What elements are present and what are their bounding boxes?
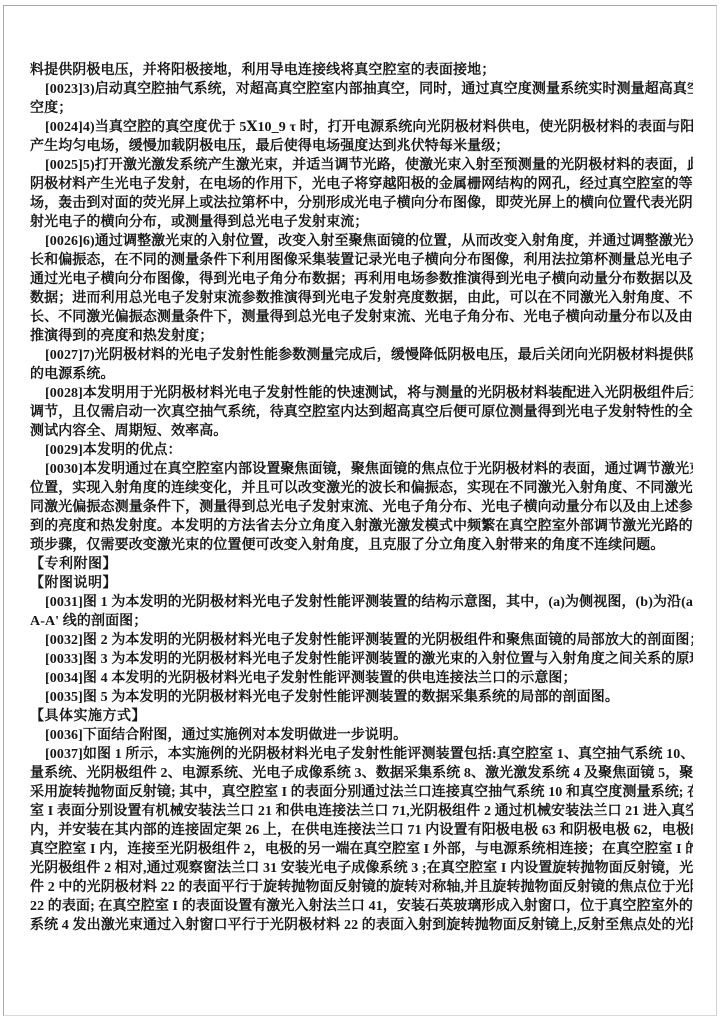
text-line: 数据；进而利用总光电子发射束流参数推演得到光电子发射亮度数据，由此，可以在不同激… — [30, 289, 693, 308]
text-line: 到的亮度和热发射度。本发明的方法省去分立角度入射激光激发模式中频繁在真空腔室外部… — [30, 517, 693, 536]
text-line: 采用旋转抛物面反射镜; 其中，真空腔室 I 的表面分别通过法兰口连接真空抽气系统… — [30, 783, 693, 802]
text-line: 的电源系统。 — [30, 365, 693, 384]
patent-page: 料提供阴极电压，并将阳极接地，利用导电连接线将真空腔室的表面接地；[0023]3… — [0, 0, 720, 1018]
text-line: 量系统、光阴极组件 2、电源系统、光电子成像系统 3、数据采集系统 8、激光激发… — [30, 764, 693, 783]
text-line: [0027]7)光阴极材料的光电子发射性能参数测量完成后，缓慢降低阴极电压，最后… — [30, 346, 693, 365]
text-line: 通过光电子横向分布图像，得到光电子角分布数据；再利用电场参数推演得到光电子横向动… — [30, 270, 693, 289]
text-line: 光阴极组件 2 相对,通过观察窗法兰口 31 安装光电子成像系统 3 ;在真空腔… — [30, 859, 693, 878]
text-line: [0025]5)打开激光激发系统产生激光束，并适当调节光路，使激光束入射至预测量… — [30, 156, 693, 175]
text-line: A-A' 线的剖面图； — [30, 612, 693, 631]
text-line: [0028]本发明用于光阴极材料光电子发射性能的快速测试，将与测量的光阴极材料装… — [30, 384, 693, 403]
text-line: 场，轰击到对面的荧光屏上或法拉第杯中，分别形成光电子横向分布图像，即荧光屏上的横… — [30, 194, 693, 213]
text-line: 内，并安装在其内部的连接固定架 26 上，在供电连接法兰口 71 内设置有阳极电… — [30, 821, 693, 840]
section-heading: 【附图说明】 — [30, 574, 693, 593]
section-heading: 【具体实施方式】 — [30, 707, 693, 726]
text-line: 产生均匀电场，缓慢加载阴极电压，最后使得电场强度达到兆伏特每米量级； — [30, 137, 693, 156]
text-line: 长和偏振态，在不同的测量条件下利用图像采集装置记录光电子横向分布图像，利用法拉第… — [30, 251, 693, 270]
text-line: 长、不同激光偏振态测量条件下，测量得到总光电子发射束流、光电子角分布、光电子横向… — [30, 308, 693, 327]
text-line: [0031]图 1 为本发明的光阴极材料光电子发射性能评测装置的结构示意图，其中… — [30, 593, 693, 612]
text-line: [0029]本发明的优点： — [30, 441, 693, 460]
section-heading: 【专利附图】 — [30, 555, 693, 574]
text-line: 琐步骤，仅需要改变激光束的位置便可改变入射角度，且克服了分立角度入射带来的角度不… — [30, 536, 693, 555]
text-line: [0033]图 3 为本发明的光阴极材料光电子发射性能评测装置的激光束的入射位置… — [30, 650, 693, 669]
text-line: [0036]下面结合附图，通过实施例对本发明做进一步说明。 — [30, 726, 693, 745]
text-line: [0030]本发明通过在真空腔室内部设置聚焦面镜，聚焦面镜的焦点位于光阴极材料的… — [30, 460, 693, 479]
text-line: 空度； — [30, 99, 693, 118]
text-line: [0037]如图 1 所示，本实施例的光阴极材料光电子发射性能评测装置包括:真空… — [30, 745, 693, 764]
text-line: [0026]6)通过调整激光束的入射位置，改变入射至聚焦面镜的位置，从而改变入射… — [30, 232, 693, 251]
document-text: 料提供阴极电压，并将阳极接地，利用导电连接线将真空腔室的表面接地；[0023]3… — [30, 61, 693, 935]
text-line: 位置，实现入射角度的连续变化，并且可以改变激光的波长和偏振态，实现在不同激光入射… — [30, 479, 693, 498]
text-line: 阴极材料产生光电子发射，在电场的作用下，光电子将穿越阳极的金属栅网结构的网孔，经… — [30, 175, 693, 194]
text-line: 系统 4 发出激光束通过入射窗口平行于光阴极材料 22 的表面入射到旋转抛物面反… — [30, 916, 693, 935]
text-line: [0032]图 2 为本发明的光阴极材料光电子发射性能评测装置的光阴极组件和聚焦… — [30, 631, 693, 650]
text-line: [0034]图 4 本发明的光阴极材料光电子发射性能评测装置的供电连接法兰口的示… — [30, 669, 693, 688]
text-line: 室 I 表面分别设置有机械安装法兰口 21 和供电连接法兰口 71,光阴极组件 … — [30, 802, 693, 821]
text-line: 22 的表面; 在真空腔室 I 的表面设置有激光入射法兰口 41，安装石英玻璃形… — [30, 897, 693, 916]
text-line: 料提供阴极电压，并将阳极接地，利用导电连接线将真空腔室的表面接地； — [30, 61, 693, 80]
text-line: 射光电子的横向分布，或测量得到总光电子发射束流； — [30, 213, 693, 232]
text-line: [0023]3)启动真空腔抽气系统，对超高真空腔室内部抽真空，同时，通过真空度测… — [30, 80, 693, 99]
text-line: [0024]4)当真空腔的真空度优于 5Ⅹ10_9 τ 时，打开电源系统向光阴极… — [30, 118, 693, 137]
text-line: 真空腔室 I 内，连接至光阴极组件 2，电极的另一端在真空腔室 I 外部，与电源… — [30, 840, 693, 859]
text-line: 同激光偏振态测量条件下，测量得到总光电子发射束流、光电子角分布、光电子横向动量分… — [30, 498, 693, 517]
text-line: 调节，且仅需启动一次真空抽气系统，待真空腔室内达到超高真空后便可原位测量得到光电… — [30, 403, 693, 422]
text-line: 测试内容全、周期短、效率高。 — [30, 422, 693, 441]
text-line: [0035]图 5 为本发明的光阴极材料光电子发射性能评测装置的数据采集系统的局… — [30, 688, 693, 707]
text-line: 件 2 中的光阴极材料 22 的表面平行于旋转抛物面反射镜的旋转对称轴,并且旋转… — [30, 878, 693, 897]
text-line: 推演得到的亮度和热发射度； — [30, 327, 693, 346]
